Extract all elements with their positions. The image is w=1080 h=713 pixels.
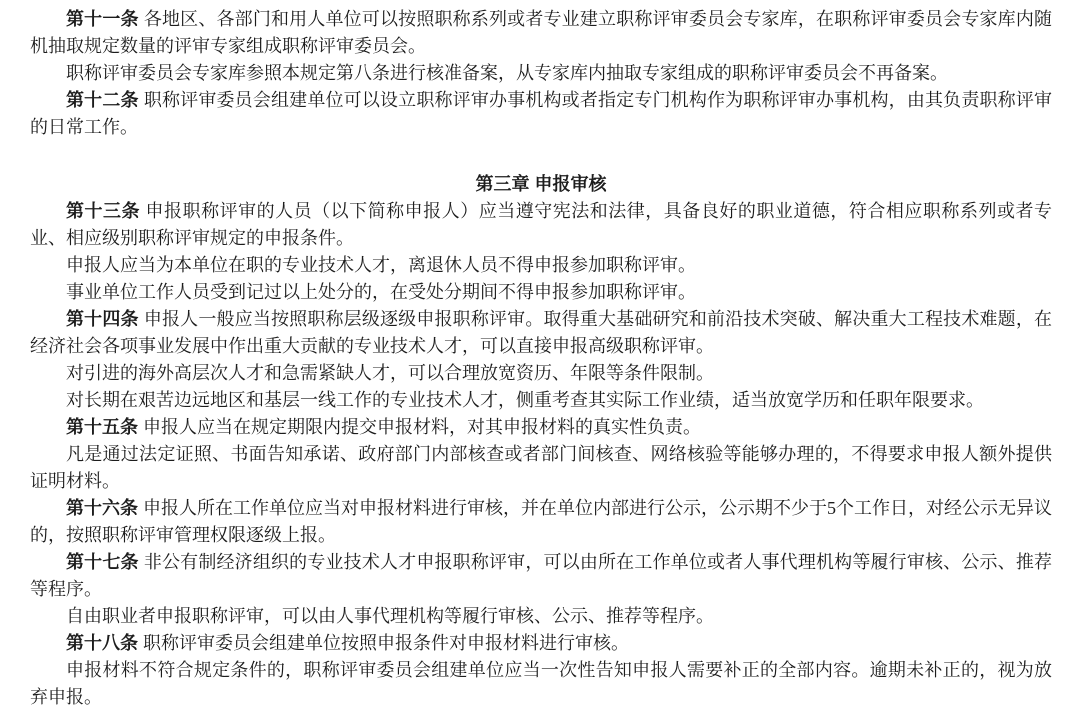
paragraph-article-17: 第十七条 非公有制经济组织的专业技术人才申报职称评审，可以由所在工作单位或者人事… — [30, 549, 1052, 603]
paragraph-text: 职称评审委员会组建单位按照申报条件对申报材料进行审核。 — [143, 633, 629, 653]
paragraph: 事业单位工作人员受到记过以上处分的，在受处分期间不得申报参加职称评审。 — [30, 279, 1052, 306]
paragraph: 对长期在艰苦边远地区和基层一线工作的专业技术人才，侧重考查其实际工作业绩，适当放… — [30, 387, 1052, 414]
paragraph-article-13: 第十三条 申报职称评审的人员（以下简称申报人）应当遵守宪法和法律，具备良好的职业… — [30, 198, 1052, 252]
paragraph: 职称评审委员会专家库参照本规定第八条进行核准备案，从专家库内抽取专家组成的职称评… — [30, 60, 1052, 87]
paragraph-text: 申报材料不符合规定条件的，职称评审委员会组建单位应当一次性告知申报人需要补正的全… — [30, 660, 1052, 707]
paragraph-text: 申报人一般应当按照职称层级逐级申报职称评审。取得重大基础研究和前沿技术突破、解决… — [30, 309, 1052, 356]
paragraph-text: 对引进的海外高层次人才和急需紧缺人才，可以合理放宽资历、年限等条件限制。 — [66, 363, 714, 383]
paragraph-text: 凡是通过法定证照、书面告知承诺、政府部门内部核查或者部门间核查、网络核验等能够办… — [30, 444, 1052, 491]
article-number: 第十七条 — [66, 552, 144, 572]
paragraph: 对引进的海外高层次人才和急需紧缺人才，可以合理放宽资历、年限等条件限制。 — [30, 360, 1052, 387]
paragraph-article-12: 第十二条 职称评审委员会组建单位可以设立职称评审办事机构或者指定专门机构作为职称… — [30, 87, 1052, 141]
paragraph: 申报材料不符合规定条件的，职称评审委员会组建单位应当一次性告知申报人需要补正的全… — [30, 657, 1052, 711]
paragraph-article-16: 第十六条 申报人所在工作单位应当对申报材料进行审核，并在单位内部进行公示，公示期… — [30, 495, 1052, 549]
article-number: 第十二条 — [66, 90, 144, 110]
paragraph-article-18: 第十八条 职称评审委员会组建单位按照申报条件对申报材料进行审核。 — [30, 630, 1052, 657]
paragraph-text: 事业单位工作人员受到记过以上处分的，在受处分期间不得申报参加职称评审。 — [66, 282, 696, 302]
article-number: 第十一条 — [66, 9, 144, 29]
paragraph-text: 非公有制经济组织的专业技术人才申报职称评审，可以由所在工作单位或者人事代理机构等… — [30, 552, 1052, 599]
paragraph-text: 申报职称评审的人员（以下简称申报人）应当遵守宪法和法律，具备良好的职业道德，符合… — [30, 201, 1052, 248]
article-number: 第十六条 — [66, 498, 143, 518]
paragraph: 申报人应当为本单位在职的专业技术人才，离退休人员不得申报参加职称评审。 — [30, 252, 1052, 279]
article-number: 第十五条 — [66, 417, 143, 437]
paragraph-text: 申报人应当为本单位在职的专业技术人才，离退休人员不得申报参加职称评审。 — [66, 255, 696, 275]
paragraph-text: 各地区、各部门和用人单位可以按照职称系列或者专业建立职称评审委员会专家库，在职称… — [30, 9, 1052, 56]
paragraph-text: 自由职业者申报职称评审，可以由人事代理机构等履行审核、公示、推荐等程序。 — [66, 606, 714, 626]
article-number: 第十八条 — [66, 633, 143, 653]
chapter-heading: 第三章 申报审核 — [30, 171, 1052, 198]
paragraph: 凡是通过法定证照、书面告知承诺、政府部门内部核查或者部门间核查、网络核验等能够办… — [30, 441, 1052, 495]
paragraph-article-14: 第十四条 申报人一般应当按照职称层级逐级申报职称评审。取得重大基础研究和前沿技术… — [30, 306, 1052, 360]
paragraph-article-15: 第十五条 申报人应当在规定期限内提交申报材料，对其申报材料的真实性负责。 — [30, 414, 1052, 441]
article-number: 第十四条 — [66, 309, 144, 329]
paragraph-article-11: 第十一条 各地区、各部门和用人单位可以按照职称系列或者专业建立职称评审委员会专家… — [30, 6, 1052, 60]
article-number: 第十三条 — [66, 201, 146, 221]
paragraph-text: 职称评审委员会组建单位可以设立职称评审办事机构或者指定专门机构作为职称评审办事机… — [30, 90, 1052, 137]
paragraph: 自由职业者申报职称评审，可以由人事代理机构等履行审核、公示、推荐等程序。 — [30, 603, 1052, 630]
document-page: 第十一条 各地区、各部门和用人单位可以按照职称系列或者专业建立职称评审委员会专家… — [0, 0, 1080, 713]
paragraph-text: 申报人应当在规定期限内提交申报材料，对其申报材料的真实性负责。 — [143, 417, 701, 437]
paragraph-text: 申报人所在工作单位应当对申报材料进行审核，并在单位内部进行公示，公示期不少于5个… — [30, 498, 1052, 545]
paragraph-text: 对长期在艰苦边远地区和基层一线工作的专业技术人才，侧重考查其实际工作业绩，适当放… — [66, 390, 984, 410]
paragraph-text: 职称评审委员会专家库参照本规定第八条进行核准备案，从专家库内抽取专家组成的职称评… — [66, 63, 948, 83]
